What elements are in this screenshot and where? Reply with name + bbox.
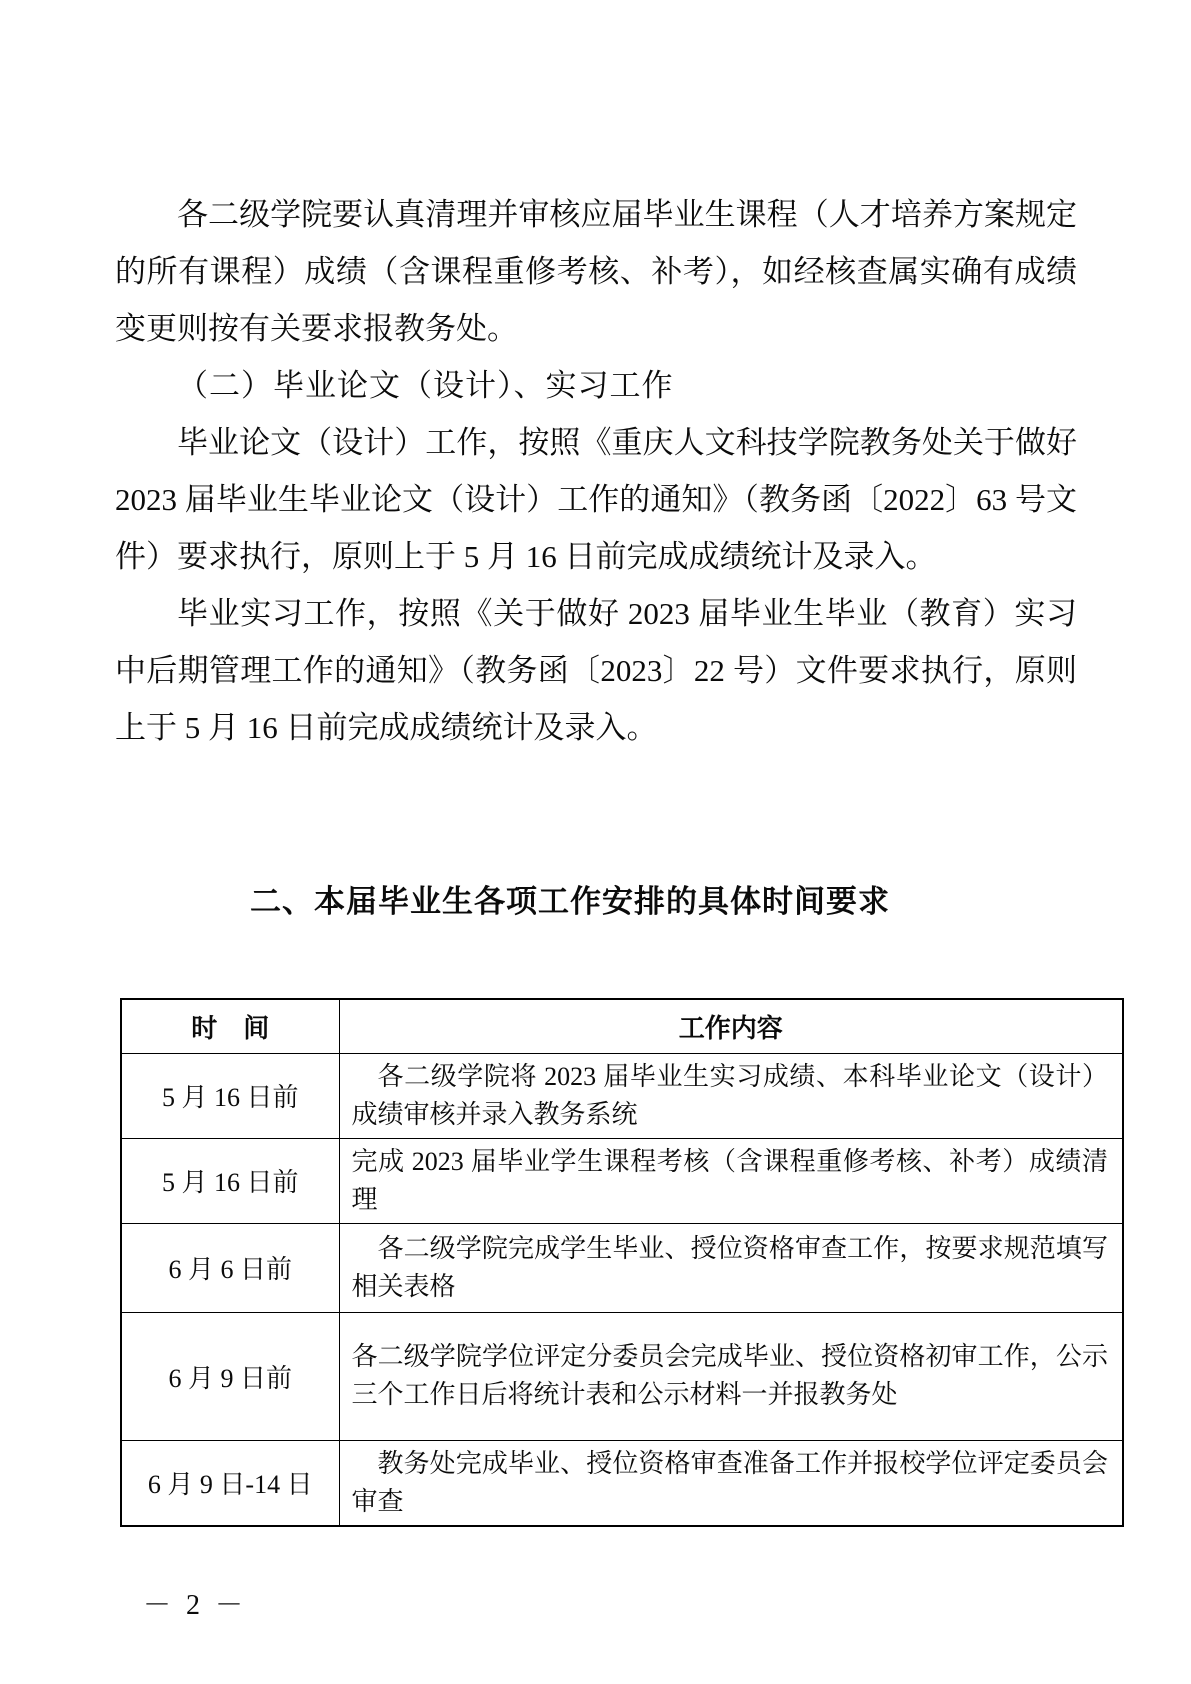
subheading-thesis-internship: （二）毕业论文（设计）、实习工作 (115, 357, 1077, 414)
document-page: 各二级学院要认真清理并审核应届毕业生课程（人才培养方案规定的所有课程）成绩（含课… (0, 0, 1191, 1684)
section-heading-schedule: 二、本届毕业生各项工作安排的具体时间要求 (115, 873, 1077, 930)
page-number: － 2 － (143, 1583, 247, 1623)
table-cell-time: 6 月 9 日-14 日 (121, 1440, 339, 1526)
table-cell-task: 教务处完成毕业、授位资格审查准备工作并报校学位评定委员会审查 (339, 1440, 1123, 1526)
table-cell-task: 完成 2023 届毕业学生课程考核（含课程重修考核、补考）成绩清理 (339, 1138, 1123, 1223)
paragraph-internship-work: 毕业实习工作，按照《关于做好 2023 届毕业生毕业（教育）实习中后期管理工作的… (115, 585, 1077, 756)
table-cell-time: 5 月 16 日前 (121, 1138, 339, 1223)
table-row: 5 月 16 日前 完成 2023 届毕业学生课程考核（含课程重修考核、补考）成… (121, 1138, 1123, 1223)
table-row: 6 月 9 日前 各二级学院学位评定分委员会完成毕业、授位资格初审工作，公示三个… (121, 1312, 1123, 1440)
schedule-table: 时 间 工作内容 5 月 16 日前 各二级学院将 2023 届毕业生实习成绩、… (120, 998, 1124, 1527)
table-header-time: 时 间 (121, 999, 339, 1053)
body-text-block: 各二级学院要认真清理并审核应届毕业生课程（人才培养方案规定的所有课程）成绩（含课… (115, 186, 1077, 756)
table-cell-task: 各二级学院学位评定分委员会完成毕业、授位资格初审工作，公示三个工作日后将统计表和… (339, 1312, 1123, 1440)
table-cell-time: 6 月 9 日前 (121, 1312, 339, 1440)
table-header-row: 时 间 工作内容 (121, 999, 1123, 1053)
table-cell-task: 各二级学院完成学生毕业、授位资格审查工作，按要求规范填写相关表格 (339, 1223, 1123, 1312)
paragraph-course-clearing: 各二级学院要认真清理并审核应届毕业生课程（人才培养方案规定的所有课程）成绩（含课… (115, 186, 1077, 357)
table-row: 6 月 6 日前 各二级学院完成学生毕业、授位资格审查工作，按要求规范填写相关表… (121, 1223, 1123, 1312)
table-header-task: 工作内容 (339, 999, 1123, 1053)
table-row: 5 月 16 日前 各二级学院将 2023 届毕业生实习成绩、本科毕业论文（设计… (121, 1053, 1123, 1138)
table-row: 6 月 9 日-14 日 教务处完成毕业、授位资格审查准备工作并报校学位评定委员… (121, 1440, 1123, 1526)
table-cell-time: 6 月 6 日前 (121, 1223, 339, 1312)
table-cell-time: 5 月 16 日前 (121, 1053, 339, 1138)
table-cell-task: 各二级学院将 2023 届毕业生实习成绩、本科毕业论文（设计）成绩审核并录入教务… (339, 1053, 1123, 1138)
paragraph-thesis-work: 毕业论文（设计）工作，按照《重庆人文科技学院教务处关于做好 2023 届毕业生毕… (115, 414, 1077, 585)
